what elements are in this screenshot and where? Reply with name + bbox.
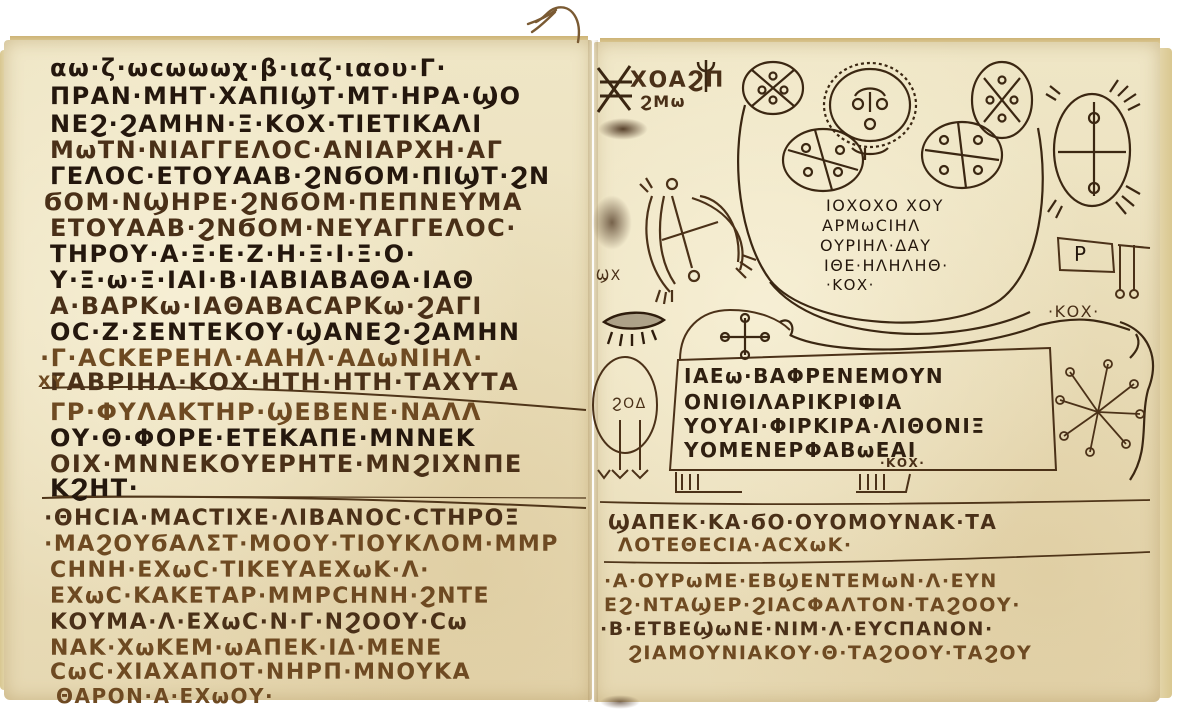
text-line: ΓΡ·ΦΥΛΑΚΤΗΡ·ϢΕΒΕΝΕ·ΝΑΛΛ xyxy=(50,398,482,426)
codex-photograph: αω·ζ·ωcωωωχ·β·ιαζ·ιαου·Γ· ΠΡΑΝ·ΜΗΤ·ΧΑΠΙϢ… xyxy=(0,0,1200,719)
text-line: Υ·Ξ·ω·Ξ·ΙΑΙ·Β·ΙΑΒΙΑΒΑΘΑ·ΙΑΘ xyxy=(50,266,475,294)
text-line: ϬΟΜ·ΝϢΗΡΕ·ϨΝϬΟΜ·ΠΕΠΝΕΥΜΑ xyxy=(44,188,523,216)
central-figure-head xyxy=(824,63,916,154)
text-line: ΚΟΥΜΑ·Λ·ΕΧωC·Ν·Γ·ΝϨΟΟΥ·Cω xyxy=(50,610,468,635)
quartered-oval-sign xyxy=(743,62,1032,191)
arch-sign-left xyxy=(640,178,756,304)
text-line: ΚϨΗΤ· xyxy=(50,474,139,502)
text-line: ϨΜω xyxy=(640,92,686,111)
text-line: ΟΥ·Θ·ΦΟΡΕ·ΕΤΕΚΑΠΕ·ΜΝΝΕΚ xyxy=(50,424,476,452)
bird-figure-sign xyxy=(593,357,657,478)
margin-mark: ΧΥ xyxy=(38,372,65,391)
text-line: ΟC·Ζ·ΣΕΝΤΕΚΟΥ·ϢΑΝΕϨ·ϨΑΜΗΝ xyxy=(50,318,521,346)
text-line: ΕϨ·ΝΤΑϢΕΡ·ϨΙΑCΦΑΛΤΟΝ·ΤΑϨΟΟΥ· xyxy=(604,594,1021,616)
text-line: ΝΑΚ·ΧωΚΕΜ·ωΑΠΕΚ·ΙΔ·ΜΕΝΕ xyxy=(50,636,443,661)
text-line: ΤΗΡΟΥ·Α·Ξ·Ε·Ζ·Η·Ξ·Ι·Ξ·Ο· xyxy=(50,240,416,268)
text-line: ϢΑΠΕΚ·ΚΑ·ϬΟ·ΟΥΟΜΟΥΝΑΚ·ΤΑ xyxy=(608,510,997,534)
text-line: ·Β·ΕΤΒΕϢωΝΕ·ΝΙΜ·Λ·ΕΥCΠΑΝΟΝ· xyxy=(600,618,994,640)
text-line: Α·ΒΑΡΚω·ΙΑΘΑΒΑCΑΡΚω·ϨΑΓΙ xyxy=(50,292,483,320)
text-line: ΙΑΕω·ΒΑΦΡΕΝΕΜΟΥΝ xyxy=(684,364,944,388)
crossed-sign-icon xyxy=(598,66,632,112)
text-line: ΙΟΧΟΧΟ ΧΟΥ xyxy=(826,196,944,215)
signature-text: ·ΚΟΧ· xyxy=(880,456,925,470)
text-line: ΠΡΑΝ·ΜΗΤ·ΧΑΠΙϢΤ·ΜΤ·ΗΡΑ·ϢΟ xyxy=(50,82,522,110)
text-line: ·ΜΑϨΟΥϬΑΛΣΤ·ΜΟΟΥ·ΤΙΟΥΚΛΟΜ·ΜΜΡ xyxy=(44,532,559,557)
text-line: ΙΘΕ·ΗΛΗΛΗΘ· xyxy=(824,256,949,275)
text-line: ΓΕΛΟC·ΕΤΟΥΑΑΒ·ϨΝϬΟΜ·ΠΙϢΤ·ϨΝ xyxy=(50,162,551,190)
text-line: ΟΥΡΙΗΛ·ΔΑΥ xyxy=(820,236,931,255)
section-divider xyxy=(600,500,1150,504)
text-line: ϨΙΑΜΟΥΝΙΑΚΟΥ·Θ·ΤΑϨΟΟΥ·ΤΑϨΟΥ xyxy=(628,642,1032,664)
text-line: ΕΤΟΥΑΑΒ·ϨΝϬΟΜ·ΝΕΥΑΓΓΕΛΟC· xyxy=(50,214,517,242)
margin-mark: ϢΧ xyxy=(596,268,622,284)
text-line: ΥΟΥΑΙ·ΦΙΡΚΙΡΑ·ΛΙΘΟΝΙΞ xyxy=(684,414,986,438)
text-line: ·Α·ΟΥΡωΜΕ·ΕΒϢΕΝΤΕΜωΝ·Λ·ΕΥΝ xyxy=(604,570,998,592)
eye-glyph-icon xyxy=(604,313,664,346)
text-line: ·ΘΗCΙΑ·ΜΑCΤΙΧΕ·ΛΙΒΑΝΟC·CΤΗΡΟΞ xyxy=(44,506,520,531)
text-line: ·ΚΟΧ· xyxy=(826,276,875,294)
text-line: αω·ζ·ωcωωωχ·β·ιαζ·ιαου·Γ· xyxy=(50,54,447,82)
star-sign-icon xyxy=(1056,360,1144,456)
kox-label: ·ΚΟΧ· xyxy=(1048,302,1100,321)
letter-sign-box xyxy=(1058,238,1150,298)
figure-label: ϨΟΔ xyxy=(612,396,647,412)
text-line: CΗΝΗ·ΕΧωC·ΤΙΚΕΥΑΕΧωΚ·Λ· xyxy=(50,558,430,583)
text-line: ΓΑΒΡΙΗΛ·ΚΟΧ·ΗΤΗ·ΗΤΗ·ΤΑΧΥΤΑ xyxy=(50,368,519,396)
text-line: ΟΝΙΘΙΛΑΡΙΚΡΙΦΙΑ xyxy=(684,390,903,414)
text-line: ΛΟΤΕΘΕCΙΑ·ΑCΧωΚ· xyxy=(618,534,853,556)
text-line: ΘΑΡΟΝ·Α·ΕΧωΟΥ· xyxy=(56,684,274,708)
sign-letter: Ρ xyxy=(1074,242,1088,266)
eye-sign-right xyxy=(1046,80,1140,218)
binding-string-icon xyxy=(528,7,579,42)
text-line: ΜωΤΝ·ΝΙΑΓΓΕΛΟC·ΑΝΙΑΡΧΗ·ΑΓ xyxy=(50,136,503,164)
text-line: ΑΡΜωCΙΗΛ xyxy=(822,216,921,235)
text-line: ΕΧωC·ΚΑΚΕΤΑΡ·ΜΜΡCΗΝΗ·ϨΝΤΕ xyxy=(50,584,490,609)
text-line: ΝΕϨ·ϨΑΜΗΝ·Ξ·ΚΟΧ·ΤΙΕΤΙΚΑΛΙ xyxy=(50,110,483,138)
text-line: ΧΟΑϨΠ xyxy=(630,68,725,93)
text-line: CωC·ΧΙΑΧΑΠΟΤ·ΝΗΡΠ·ΜΝΟΥΚΑ xyxy=(50,660,471,685)
circled-cross-icon xyxy=(720,314,792,359)
